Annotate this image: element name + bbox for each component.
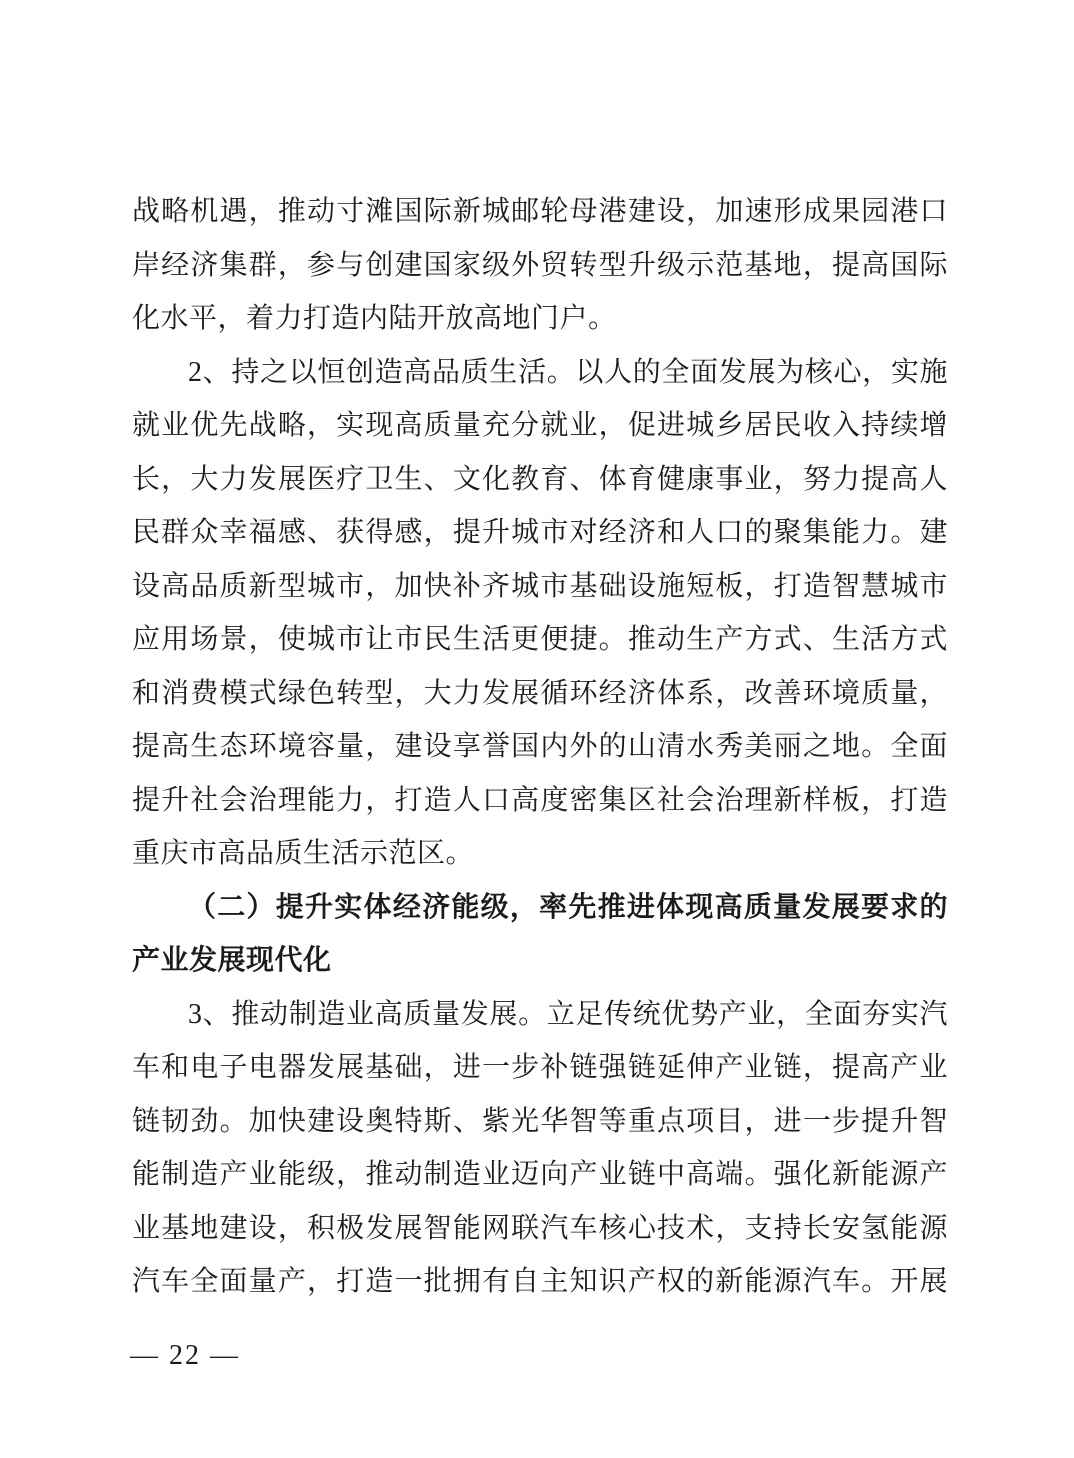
text-line: 能制造产业能级，推动制造业迈向产业链中高端。强化新能源产 [132, 1148, 948, 1202]
text-line: 化水平，着力打造内陆开放高地门户。 [132, 292, 948, 346]
text-line: 岸经济集群，参与创建国家级外贸转型升级示范基地，提高国际 [132, 239, 948, 293]
text-line: 长，大力发展医疗卫生、文化教育、体育健康事业，努力提高人 [132, 453, 948, 507]
text-line: 提高生态环境容量，建设享誉国内外的山清水秀美丽之地。全面 [132, 720, 948, 774]
text-line: 设高品质新型城市，加快补齐城市基础设施短板，打造智慧城市 [132, 560, 948, 614]
text-line: 链韧劲。加快建设奥特斯、紫光华智等重点项目，进一步提升智 [132, 1095, 948, 1149]
text-line: 提升社会治理能力，打造人口高度密集区社会治理新样板，打造 [132, 774, 948, 828]
document-page: 战略机遇，推动寸滩国际新城邮轮母港建设，加速形成果园港口岸经济集群，参与创建国家… [0, 0, 1074, 1458]
heading-line: 产业发展现代化 [132, 934, 948, 988]
text-line: 汽车全面量产，打造一批拥有自主知识产权的新能源汽车。开展 [132, 1255, 948, 1309]
text-line: 2、持之以恒创造高品质生活。以人的全面发展为核心，实施 [132, 346, 948, 400]
text-line: 民群众幸福感、获得感，提升城市对经济和人口的聚集能力。建 [132, 506, 948, 560]
text-line: 应用场景，使城市让市民生活更便捷。推动生产方式、生活方式 [132, 613, 948, 667]
document-body: 战略机遇，推动寸滩国际新城邮轮母港建设，加速形成果园港口岸经济集群，参与创建国家… [132, 185, 948, 1309]
text-line: 和消费模式绿色转型，大力发展循环经济体系，改善环境质量， [132, 667, 948, 721]
text-line: 战略机遇，推动寸滩国际新城邮轮母港建设，加速形成果园港口 [132, 185, 948, 239]
text-line: 重庆市高品质生活示范区。 [132, 827, 948, 881]
text-line: 车和电子电器发展基础，进一步补链强链延伸产业链，提高产业 [132, 1041, 948, 1095]
page-number: — 22 — [130, 1340, 240, 1372]
text-line: 就业优先战略，实现高质量充分就业，促进城乡居民收入持续增 [132, 399, 948, 453]
text-line: 业基地建设，积极发展智能网联汽车核心技术，支持长安氢能源 [132, 1202, 948, 1256]
heading-line: （二）提升实体经济能级，率先推进体现高质量发展要求的 [132, 881, 948, 935]
text-line: 3、推动制造业高质量发展。立足传统优势产业，全面夯实汽 [132, 988, 948, 1042]
